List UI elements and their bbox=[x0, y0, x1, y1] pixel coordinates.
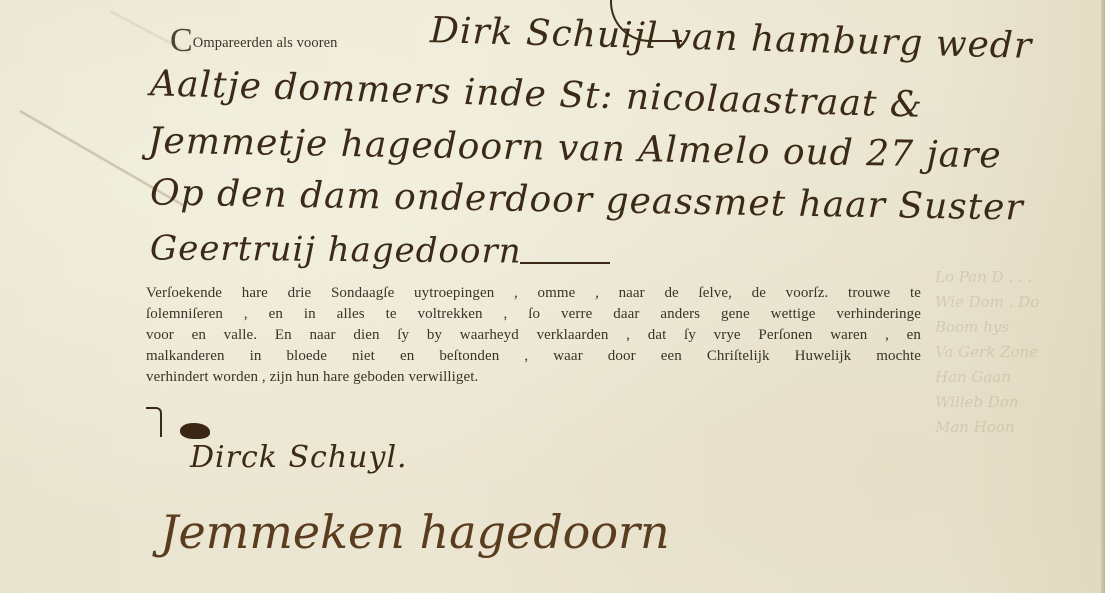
signature-groom: Dirck Schuyl. bbox=[190, 440, 408, 475]
printed-body-line: ſolemniſeren , en in alles te voltrekken… bbox=[146, 304, 921, 325]
drop-cap: C bbox=[170, 22, 193, 59]
printed-intro: COmpareerden als vooren bbox=[170, 24, 338, 58]
bleed-through-text: Lo Pan D . . . Wie Dom . Do Boom hys Va … bbox=[935, 265, 1039, 440]
handwritten-line-2: Aaltje dommers inde St: nicolaastraat & bbox=[150, 63, 924, 126]
printed-body-line: malkanderen in bloede niet en beſtonden … bbox=[146, 346, 921, 367]
printed-body-line: Verſoekende hare drie Sondaagſe uytroepi… bbox=[146, 283, 921, 304]
handwritten-line-4: Op den dam onderdoor geassmet haar Suste… bbox=[150, 172, 1024, 228]
page-edge bbox=[1101, 0, 1105, 593]
handwritten-line-1: Dirk Schuijl van hamburg wedr bbox=[430, 10, 1033, 67]
pen-underline bbox=[520, 262, 610, 264]
printed-body-line: voor en valle. En naar dien ſy by waarhe… bbox=[146, 325, 921, 346]
printed-body-line: verhindert worden , zijn hun hare gebode… bbox=[146, 367, 921, 388]
signature-bride: Jemmeken hagedoorn bbox=[160, 505, 670, 559]
ink-blot bbox=[180, 423, 210, 439]
handwritten-line-5: Geertruij hagedoorn bbox=[150, 228, 522, 271]
handwritten-line-3: Jemmetje hagedoorn van Almelo oud 27 jar… bbox=[148, 121, 1002, 177]
printed-intro-text: Ompareerden als vooren bbox=[193, 35, 338, 51]
margin-bracket-mark bbox=[146, 407, 162, 437]
printed-body: Verſoekende hare drie Sondaagſe uytroepi… bbox=[146, 283, 921, 388]
